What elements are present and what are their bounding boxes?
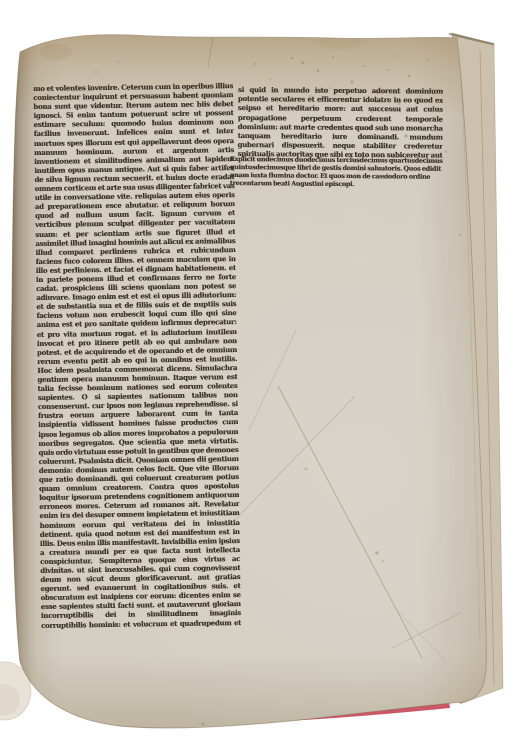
left-text-column: mo et volentes invenire. Ceterum cum in … [33, 81, 241, 631]
book-photograph: mo et volentes invenire. Ceterum cum in … [0, 0, 510, 746]
right-text-column: si quid in mundo isto perpetuo adorent d… [237, 85, 443, 161]
explicit-colophon: Explicit undecimus duodecimus terciusdec… [230, 156, 443, 199]
